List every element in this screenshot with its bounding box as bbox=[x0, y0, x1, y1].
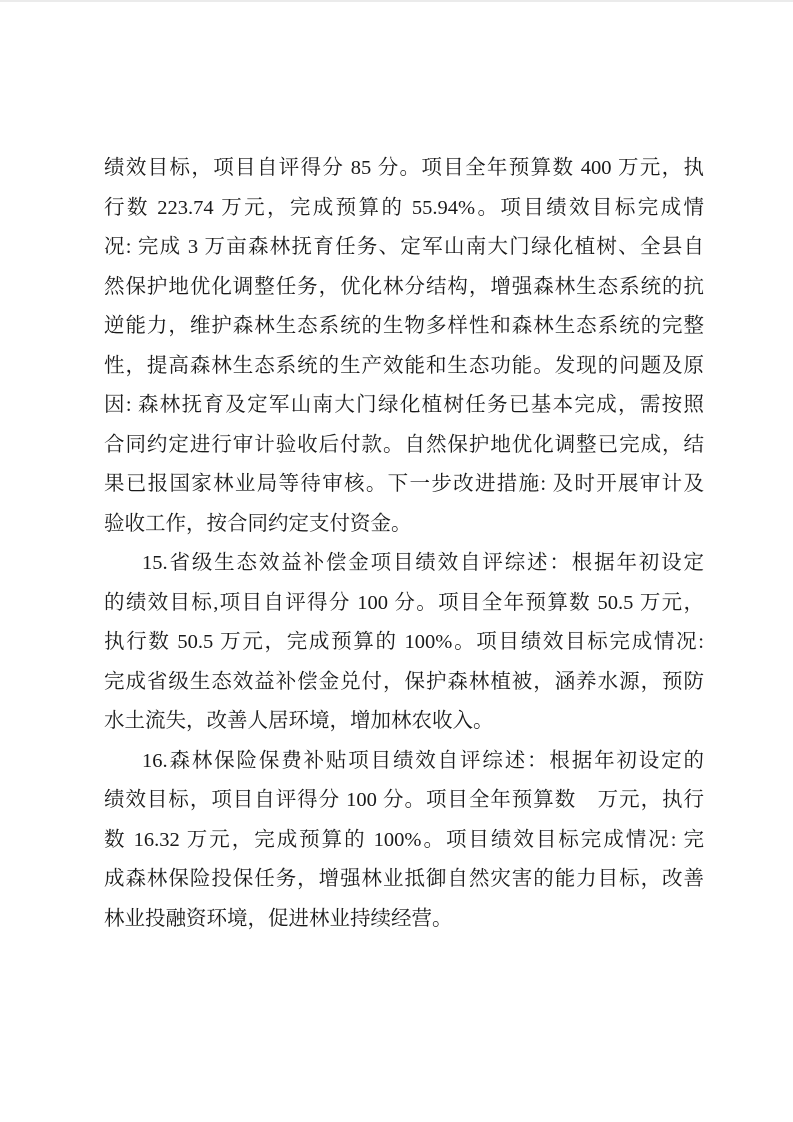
text-line: 性，提高森林生态系统的生产效能和生态功能。发现的问题及原 bbox=[104, 347, 704, 387]
paragraph: 16.森林保险保费补贴项目绩效自评综述：根据年初设定的绩效目标，项目自评得分 1… bbox=[104, 742, 704, 940]
text-line: 果已报国家林业局等待审核。下一步改进措施: 及时开展审计及 bbox=[104, 465, 704, 505]
text-line: 逆能力，维护森林生态系统的生物多样性和森林生态系统的完整 bbox=[104, 307, 704, 347]
text-line: 15.省级生态效益补偿金项目绩效自评综述：根据年初设定 bbox=[104, 544, 704, 584]
text-line: 数 16.32 万元，完成预算的 100%。项目绩效目标完成情况: 完 bbox=[104, 821, 704, 861]
text-line: 行数 223.74 万元，完成预算的 55.94%。项目绩效目标完成情 bbox=[104, 189, 704, 229]
text-line: 完成省级生态效益补偿金兑付，保护森林植被，涵养水源，预防 bbox=[104, 663, 704, 703]
paragraph: 绩效目标，项目自评得分 85 分。项目全年预算数 400 万元，执行数 223.… bbox=[104, 149, 704, 544]
text-line: 成森林保险投保任务，增强林业抵御自然灾害的能力目标，改善 bbox=[104, 860, 704, 900]
text-line: 绩效目标，项目自评得分 100 分。项目全年预算数 万元，执行 bbox=[104, 781, 704, 821]
text-line: 况: 完成 3 万亩森林抚育任务、定军山南大门绿化植树、全县自 bbox=[104, 228, 704, 268]
text-line: 的绩效目标,项目自评得分 100 分。项目全年预算数 50.5 万元， bbox=[104, 584, 704, 624]
document-page: 绩效目标，项目自评得分 85 分。项目全年预算数 400 万元，执行数 223.… bbox=[0, 0, 793, 1122]
text-line: 水土流失，改善人居环境，增加林农收入。 bbox=[104, 702, 704, 742]
paragraph: 15.省级生态效益补偿金项目绩效自评综述：根据年初设定的绩效目标,项目自评得分 … bbox=[104, 544, 704, 742]
text-line: 然保护地优化调整任务，优化林分结构，增强森林生态系统的抗 bbox=[104, 268, 704, 308]
text-line: 验收工作，按合同约定支付资金。 bbox=[104, 505, 704, 545]
text-line: 执行数 50.5 万元，完成预算的 100%。项目绩效目标完成情况: bbox=[104, 623, 704, 663]
page-top-edge bbox=[0, 0, 793, 2]
text-line: 林业投融资环境，促进林业持续经营。 bbox=[104, 900, 704, 940]
text-line: 因: 森林抚育及定军山南大门绿化植树任务已基本完成，需按照 bbox=[104, 386, 704, 426]
document-body: 绩效目标，项目自评得分 85 分。项目全年预算数 400 万元，执行数 223.… bbox=[104, 149, 704, 939]
text-line: 16.森林保险保费补贴项目绩效自评综述：根据年初设定的 bbox=[104, 742, 704, 782]
text-line: 合同约定进行审计验收后付款。自然保护地优化调整已完成，结 bbox=[104, 426, 704, 466]
text-line: 绩效目标，项目自评得分 85 分。项目全年预算数 400 万元，执 bbox=[104, 149, 704, 189]
